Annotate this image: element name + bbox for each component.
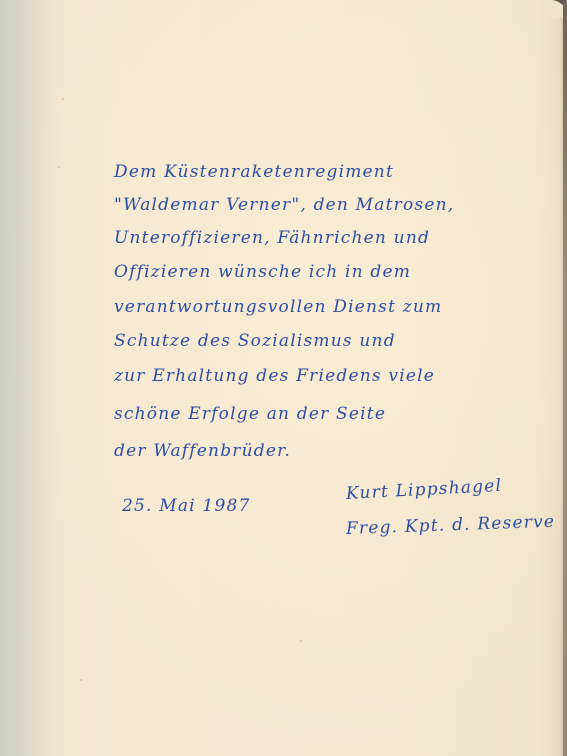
dedication-line: Dem Küstenraketenregiment (114, 162, 394, 182)
document-page: Dem Küstenraketenregiment "Waldemar Vern… (0, 0, 567, 756)
dedication-line: der Waffenbrüder. (114, 441, 291, 461)
dedication-line: "Waldemar Verner", den Matrosen, (114, 195, 454, 215)
dedication-line: Offizieren wünsche ich in dem (114, 262, 411, 282)
paper-speck (62, 98, 64, 100)
dedication-line: Schutze des Sozialismus und (114, 331, 396, 351)
paper-speck (58, 166, 60, 168)
dedication-line: verantwortungsvollen Dienst zum (114, 297, 442, 317)
date: 25. Mai 1987 (122, 496, 251, 516)
dedication-line: schöne Erfolge an der Seite (114, 404, 386, 424)
page-corner (549, 0, 567, 18)
paper-speck (80, 679, 82, 681)
dedication-line: Unteroffizieren, Fähnrichen und (114, 228, 430, 248)
signature-name: Kurt Lippshagel (345, 476, 502, 504)
paper-speck (300, 640, 302, 642)
signature-rank: Freg. Kpt. d. Reserve (346, 512, 556, 539)
dedication-line: zur Erhaltung des Friedens viele (114, 366, 435, 386)
